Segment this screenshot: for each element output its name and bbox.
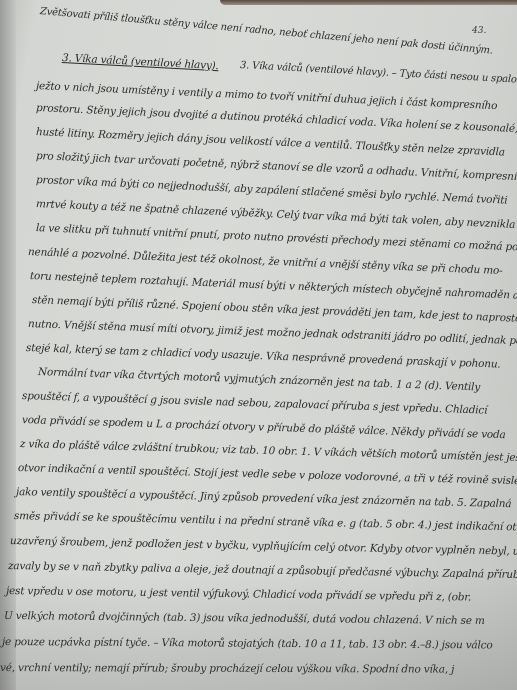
text-line: jest vpředu v ose motoru, u jest ventil … [6, 585, 471, 603]
notebook-page: 43. Zvětšovati příliš tloušťku stěny vál… [0, 0, 517, 690]
text-line: jako ventily spouštěcí a vypouštěcí. Jin… [16, 486, 512, 510]
section-heading: 3. Víka válců (ventilové hlavy). [62, 52, 219, 72]
text-line: uzavřený šroubem, jenž podložen jest v b… [10, 535, 517, 558]
text-line: spouštěcí f, a vypouštěcí g jsou svisle … [22, 390, 488, 417]
text-line: směs přivádí se ke spouštěcímu ventilu i… [14, 510, 517, 534]
text-line: otvor indikační a ventil spouštěcí. Stoj… [18, 462, 517, 487]
text-line: z víka do pláště válce zvláštní trubkou;… [20, 438, 517, 464]
text-line: 3. Víka válců (ventilové hlavy). – Tyto … [240, 60, 517, 93]
text-line: zavaly by se v naň zbytky paliva a oleje… [8, 560, 517, 581]
text-line: voda přivádí se spodem u L a prochází ot… [22, 414, 506, 441]
text-line: je pouze ucpávka pístní tyče. – Víka mot… [2, 636, 493, 651]
handwritten-text-block: Zvětšovati příliš tloušťku stěny válce n… [0, 0, 517, 690]
text-line: Normální tvar víka čtvrtých motorů vyjmu… [38, 366, 480, 393]
text-line: Zvětšovati příliš tloušťku stěny válce n… [40, 6, 494, 57]
text-line: U velkých motorů dvojčinných (tab. 3) js… [4, 610, 485, 627]
text-line: vé, vrchní ventily; nemají přírub; šroub… [0, 662, 454, 676]
text-line: nutno. Vnější stěna musí míti otvory, ji… [28, 318, 517, 347]
text-line: stejé kal, který se tam z chladicí vody … [26, 342, 501, 371]
